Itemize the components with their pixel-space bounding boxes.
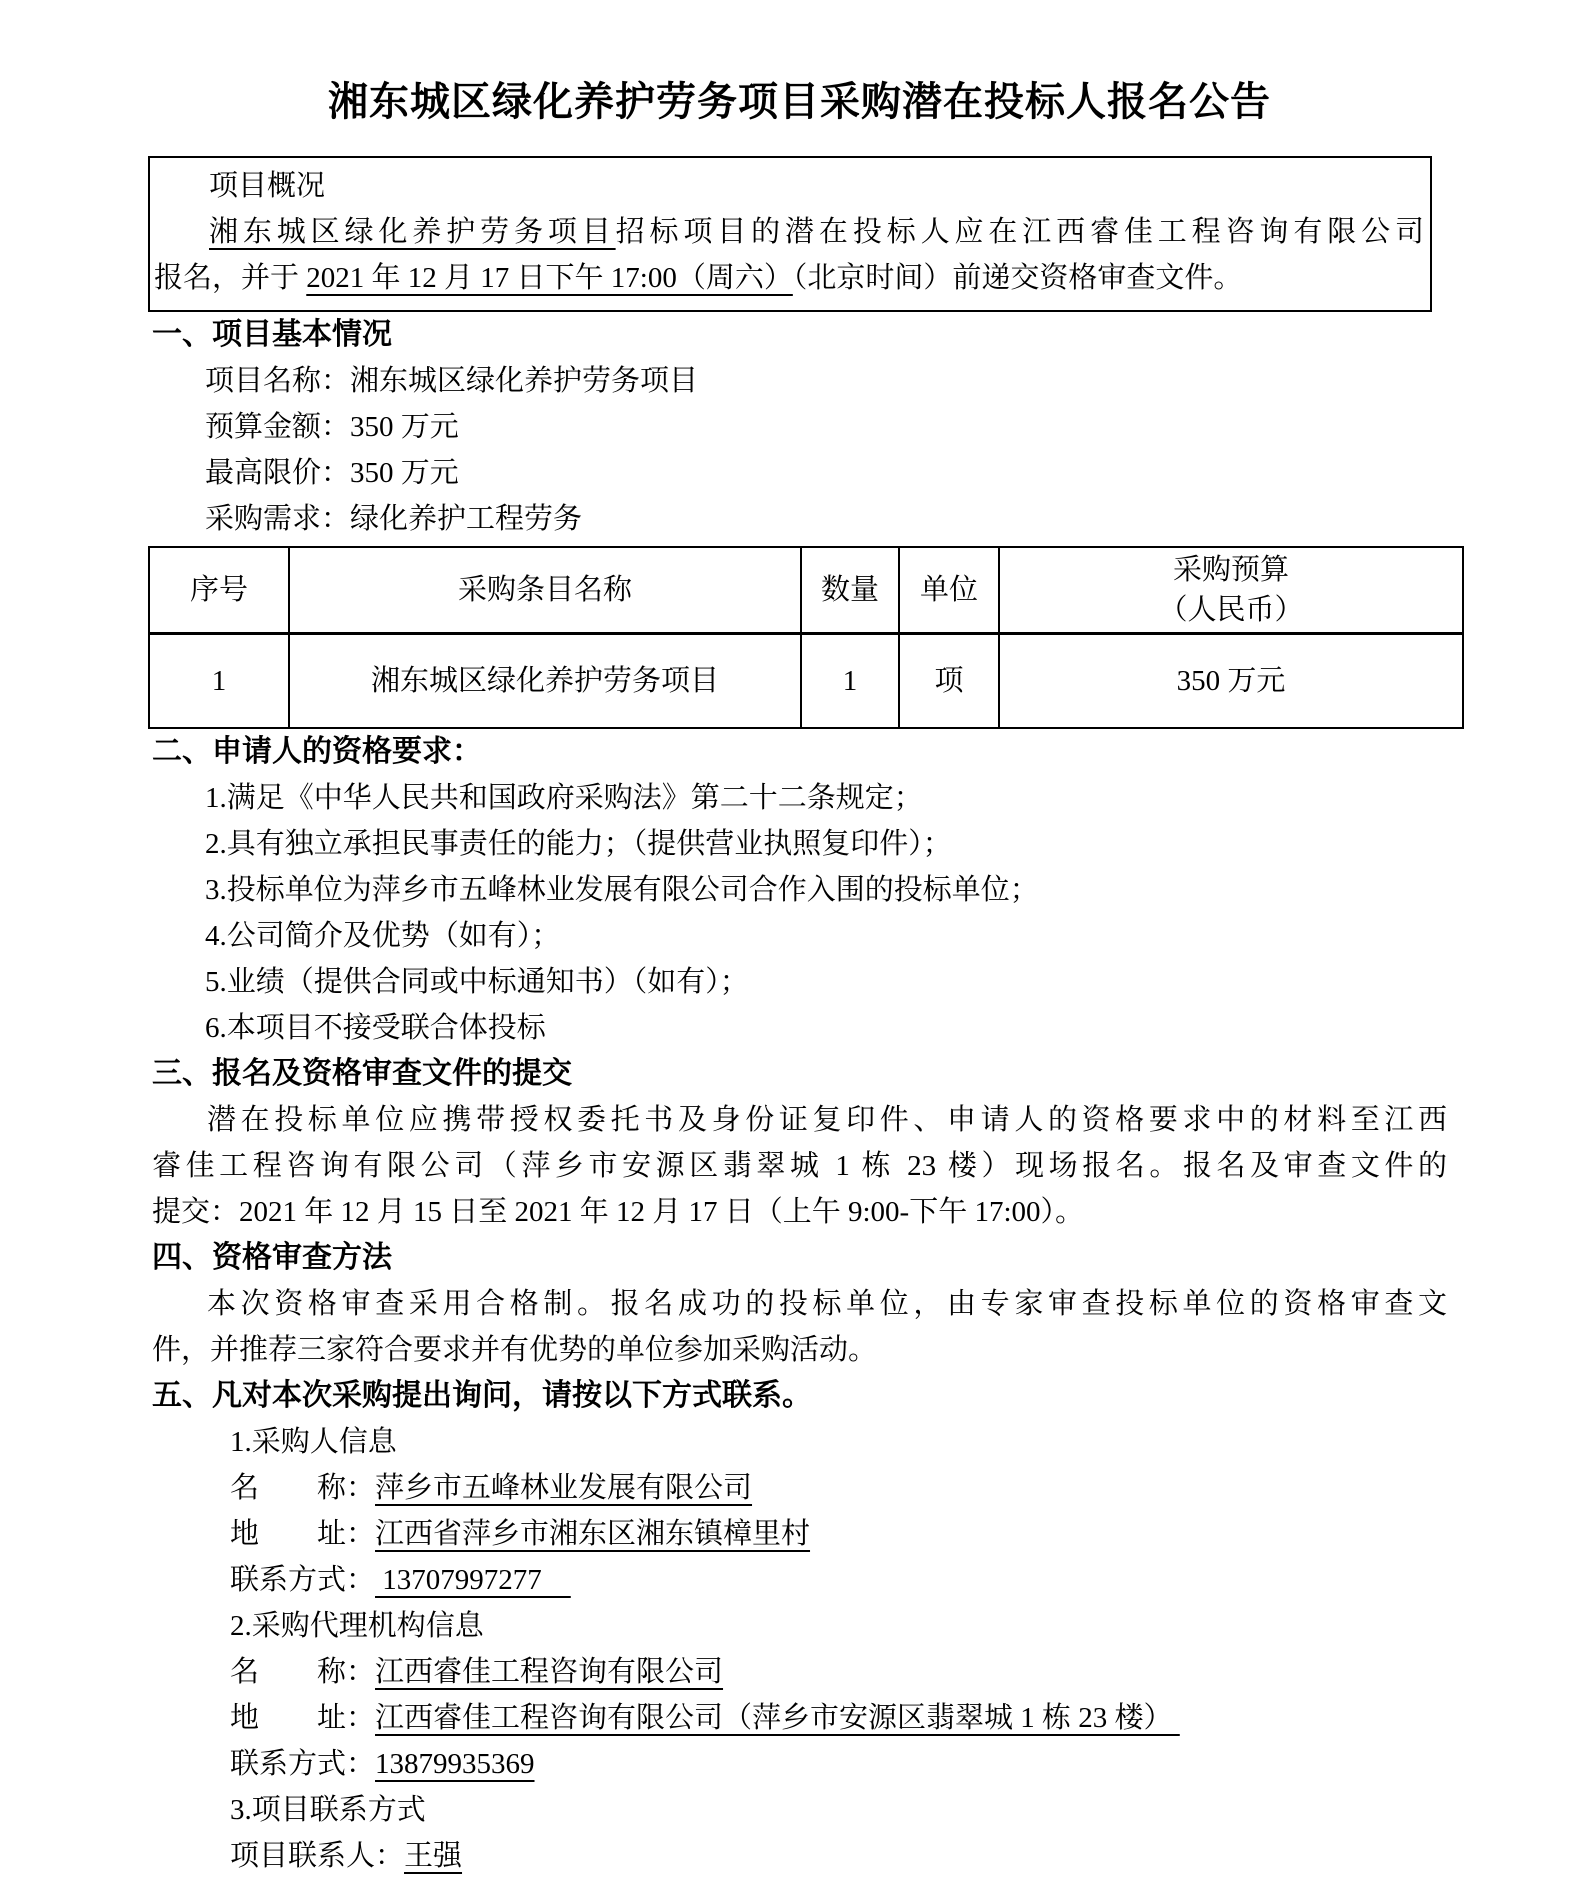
header-cell-quantity: 数量 [801,547,899,633]
requirement-item-4: 4.公司简介及优势（如有）； [152,913,1447,959]
purchaser-name-line: 名 称：萍乡市五峰林业发展有限公司 [152,1465,1447,1511]
project-contact-label: 项目联系人： [230,1840,404,1872]
cell-quantity: 1 [801,633,899,728]
purchaser-info-heading: 1.采购人信息 [152,1419,1447,1465]
purchaser-phone-label: 联系方式： [230,1564,375,1596]
agency-phone-value: 13879935369 [375,1748,535,1780]
agency-name-line: 名 称：江西睿佳工程咨询有限公司 [152,1649,1447,1695]
overview-paragraph-line2: 报名，并于 2021 年 12 月 17 日下午 17:00（周六）（北京时间）… [154,255,1424,301]
agency-address-label: 地 址： [230,1702,375,1734]
requirement-item-1: 1.满足《中华人民共和国政府采购法》第二十二条规定； [152,775,1447,821]
requirement-item-3: 3.投标单位为萍乡市五峰林业发展有限公司合作入围的投标单位； [152,867,1447,913]
header-cell-item-name: 采购条目名称 [289,547,801,633]
max-price-line: 最高限价：350 万元 [152,450,1447,496]
overview-line2-pre: 报名，并于 [154,262,306,294]
requirement-item-2: 2.具有独立承担民事责任的能力；（提供营业执照复印件）； [152,821,1447,867]
requirement-item-6: 6.本项目不接受联合体投标 [152,1005,1447,1051]
header-cell-unit: 单位 [899,547,999,633]
procurement-table: 序号 采购条目名称 数量 单位 采购预算 （人民币） 1 湘东城区绿化养护劳务项… [148,546,1464,729]
submission-paragraph-line2: 睿佳工程咨询有限公司（萍乡市安源区翡翠城 1 栋 23 楼）现场报名。报名及审查… [152,1143,1447,1189]
page-title: 湘东城区绿化养护劳务项目采购潜在投标人报名公告 [152,74,1447,130]
agency-info-heading: 2.采购代理机构信息 [152,1603,1447,1649]
section-heading-2: 二、申请人的资格要求： [152,729,1447,775]
section-heading-5: 五、凡对本次采购提出询问，请按以下方式联系。 [152,1373,1447,1419]
cell-number: 1 [149,633,289,728]
agency-name-label: 名 称： [230,1656,375,1688]
project-name-line: 项目名称：湘东城区绿化养护劳务项目 [152,358,1447,404]
table-header-row: 序号 采购条目名称 数量 单位 采购预算 （人民币） [149,547,1463,633]
agency-address-value: 江西睿佳工程咨询有限公司（萍乡市安源区翡翠城 1 栋 23 楼） [375,1702,1180,1734]
section-heading-4: 四、资格审查方法 [152,1235,1447,1281]
purchaser-address-line: 地 址：江西省萍乡市湘东区湘东镇樟里村 [152,1511,1447,1557]
purchaser-address-label: 地 址： [230,1518,375,1550]
header-cell-number: 序号 [149,547,289,633]
purchaser-phone-value: 13707997277 [375,1564,571,1596]
cell-unit: 项 [899,633,999,728]
table-row: 1 湘东城区绿化养护劳务项目 1 项 350 万元 [149,633,1463,728]
purchaser-name-value: 萍乡市五峰林业发展有限公司 [375,1472,752,1504]
requirement-item-5: 5.业绩（提供合同或中标通知书）（如有）； [152,959,1447,1005]
agency-address-line: 地 址：江西睿佳工程咨询有限公司（萍乡市安源区翡翠城 1 栋 23 楼） [152,1695,1447,1741]
purchaser-phone-line: 联系方式： 13707997277 [152,1557,1447,1603]
purchaser-name-label: 名 称： [230,1472,375,1504]
project-contact-value: 王强 [404,1840,462,1872]
budget-amount-line: 预算金额：350 万元 [152,404,1447,450]
header-cell-budget: 采购预算 （人民币） [999,547,1463,633]
submission-paragraph-line3: 提交：2021 年 12 月 15 日至 2021 年 12 月 17 日（上午… [152,1189,1447,1235]
overview-line1-text: 招标项目的潜在投标人应在江西睿佳工程咨询有限公司 [616,216,1424,248]
section-heading-1: 一、项目基本情况 [152,312,1447,358]
agency-phone-label: 联系方式： [230,1748,375,1780]
review-paragraph-line2: 件，并推荐三家符合要求并有优势的单位参加采购活动。 [152,1327,1447,1373]
cell-budget: 350 万元 [999,633,1463,728]
overview-deadline-underlined: 2021 年 12 月 17 日下午 17:00（周六） [306,262,793,294]
overview-line2-post: （北京时间）前递交资格审查文件。 [793,262,1243,294]
agency-phone-line: 联系方式：13879935369 [152,1741,1447,1787]
overview-project-name-underlined: 湘东城区绿化养护劳务项目 [209,216,616,248]
cell-item-name: 湘东城区绿化养护劳务项目 [289,633,801,728]
purchaser-address-value: 江西省萍乡市湘东区湘东镇樟里村 [375,1518,810,1550]
submission-paragraph-line1: 潜在投标单位应携带授权委托书及身份证复印件、申请人的资格要求中的材料至江西 [152,1097,1447,1143]
overview-paragraph-line1: 湘东城区绿化养护劳务项目招标项目的潜在投标人应在江西睿佳工程咨询有限公司 [154,209,1424,255]
project-overview-box: 项目概况 湘东城区绿化养护劳务项目招标项目的潜在投标人应在江西睿佳工程咨询有限公… [148,156,1432,312]
overview-heading: 项目概况 [154,163,1424,209]
agency-name-value: 江西睿佳工程咨询有限公司 [375,1656,723,1688]
project-contact-heading: 3.项目联系方式 [152,1787,1447,1833]
section-heading-3: 三、报名及资格审查文件的提交 [152,1051,1447,1097]
procurement-demand-line: 采购需求：绿化养护工程劳务 [152,496,1447,542]
review-paragraph-line1: 本次资格审查采用合格制。报名成功的投标单位，由专家审查投标单位的资格审查文 [152,1281,1447,1327]
document-page: 湘东城区绿化养护劳务项目采购潜在投标人报名公告 项目概况 湘东城区绿化养护劳务项… [0,0,1587,1889]
project-contact-line: 项目联系人：王强 [152,1833,1447,1879]
